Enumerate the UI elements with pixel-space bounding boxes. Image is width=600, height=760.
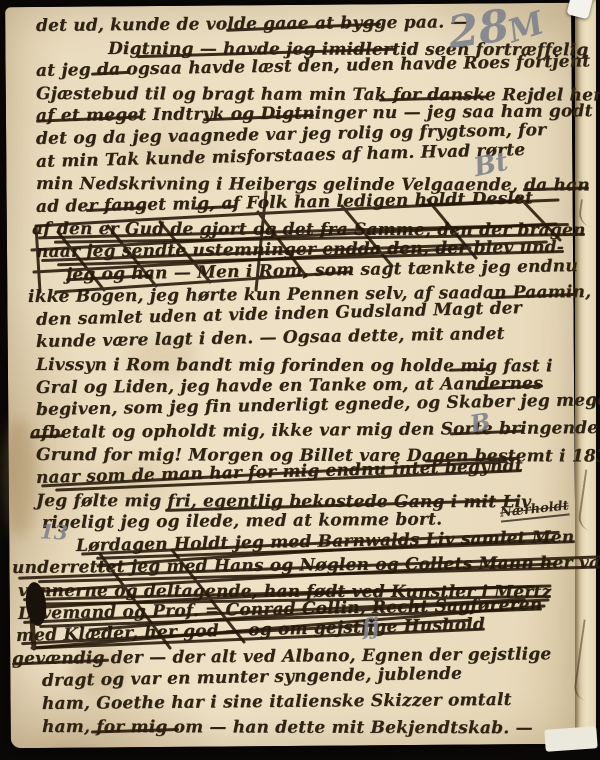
bleed-through-mark — [577, 199, 594, 227]
paper-stain — [70, 646, 130, 692]
paper-stain — [128, 336, 198, 377]
scan-background: { "page": { "kind": "handwritten manuscr… — [0, 0, 600, 760]
under-page-corner — [544, 726, 597, 752]
manuscript-page — [5, 3, 577, 748]
bleed-through-mark — [577, 469, 599, 530]
book-page-edge — [575, 0, 596, 748]
paper-stain — [2, 417, 37, 537]
bleed-through-mark — [573, 619, 598, 700]
